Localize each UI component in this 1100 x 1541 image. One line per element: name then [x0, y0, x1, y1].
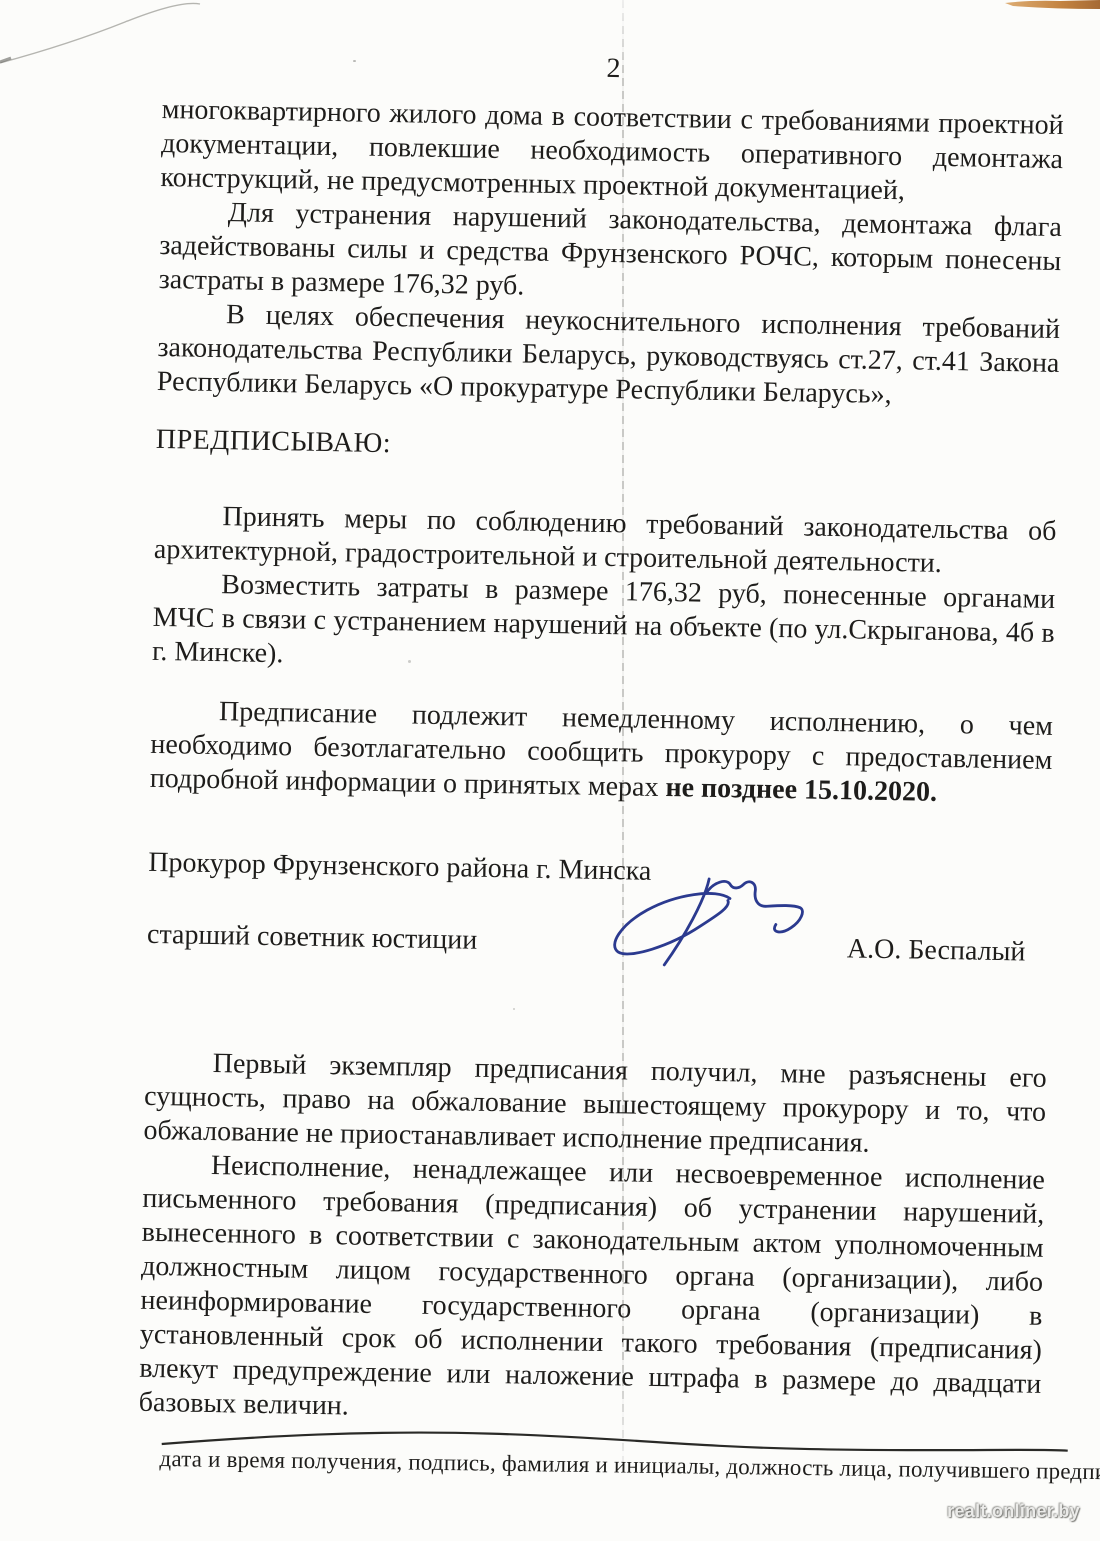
deadline-emphasis: не позднее 15.10.2020.	[665, 772, 937, 808]
watermark: realt.onliner.by	[947, 1501, 1080, 1522]
paragraph-receipt: Первый экземпляр предписания получил, мн…	[143, 1046, 1047, 1164]
scanned-page: 2 многоквартирного жилого дома в соответ…	[0, 0, 1100, 1541]
signer-row: старший советник юстиции А.О. Беспалый	[147, 918, 1049, 968]
directive-heading: ПРЕДПИСЫВАЮ:	[156, 423, 1058, 473]
paragraph-reimburse: Возместить затраты в размере 176,32 руб,…	[152, 567, 1056, 685]
signer-name: А.О. Беспалый	[847, 932, 1026, 969]
corner-stain	[1005, 0, 1100, 14]
document-body: 2 многоквартирного жилого дома в соответ…	[138, 40, 1064, 1436]
signer-position-line1: Прокурор Фрунзенского района г. Минска	[148, 846, 1050, 896]
paragraph-forces: Для устранения нарушений законодательств…	[158, 195, 1062, 313]
paragraph-immediate-execution: Предписание подлежит немедленному исполн…	[150, 694, 1054, 812]
signer-position-line2: старший советник юстиции	[147, 919, 478, 956]
paragraph-purpose: В целях обеспечения неукоснительного исп…	[157, 297, 1061, 415]
paragraph-continuation: многоквартирного жилого дома в соответст…	[160, 93, 1064, 211]
paragraph-liability: Неисполнение, ненадлежащее или несвоевре…	[138, 1148, 1045, 1436]
signature-scribble	[601, 860, 825, 990]
page-number: 2	[162, 44, 1064, 94]
